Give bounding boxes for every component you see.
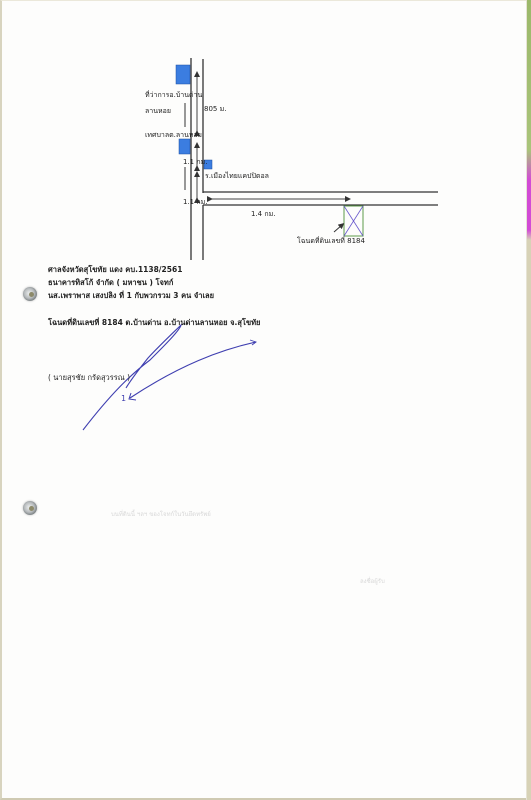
label-distance-805: 805 ม. [204, 106, 226, 113]
punch-hole-icon [23, 501, 37, 515]
plot-pointer-arrow [334, 225, 342, 232]
defendant-line: นส.เพราพาส เสงปลิง ที่ 1 กับพวกรวม 3 คน … [48, 292, 214, 300]
label-district-office-line2: ลานหอย [145, 108, 171, 115]
label-municipality: เทศบาลต.ลานหอย [145, 132, 202, 139]
label-distance-1-1-lower: 1.1 กม. [183, 199, 207, 206]
location-map [0, 0, 531, 800]
landmark-municipality [179, 139, 190, 154]
plaintiff-line: ธนาคารทิสโก้ จำกัด ( มหาชน ) โจทก์ [48, 279, 173, 287]
label-plot-8184: โฉนดที่ดินเลขที่ 8184 [297, 238, 365, 245]
signature-stroke [130, 342, 256, 398]
landmark-district-office [176, 65, 190, 84]
label-distance-1-1-upper: 1.1 กม. [183, 159, 207, 166]
deed-location-line: โฉนดที่ดินเลขที่ 8184 ต.บ้านด่าน อ.บ้านด… [48, 319, 260, 327]
label-district-office: ที่ว่าการอ.บ้านด่าน [145, 92, 202, 99]
court-case-line: ศาลจังหวัดสุโขทัย แดง คบ.1138/2561 [48, 266, 182, 274]
signature-mark: 1 [121, 395, 126, 403]
label-distance-1-4: 1.4 กม. [251, 211, 275, 218]
punch-hole-icon [23, 287, 37, 301]
signer-name: ( นายสุรชัย กรัดสุวรรณ ) [48, 374, 130, 382]
label-school: ร.เมืองไทยแคปปิตอล [205, 173, 269, 180]
